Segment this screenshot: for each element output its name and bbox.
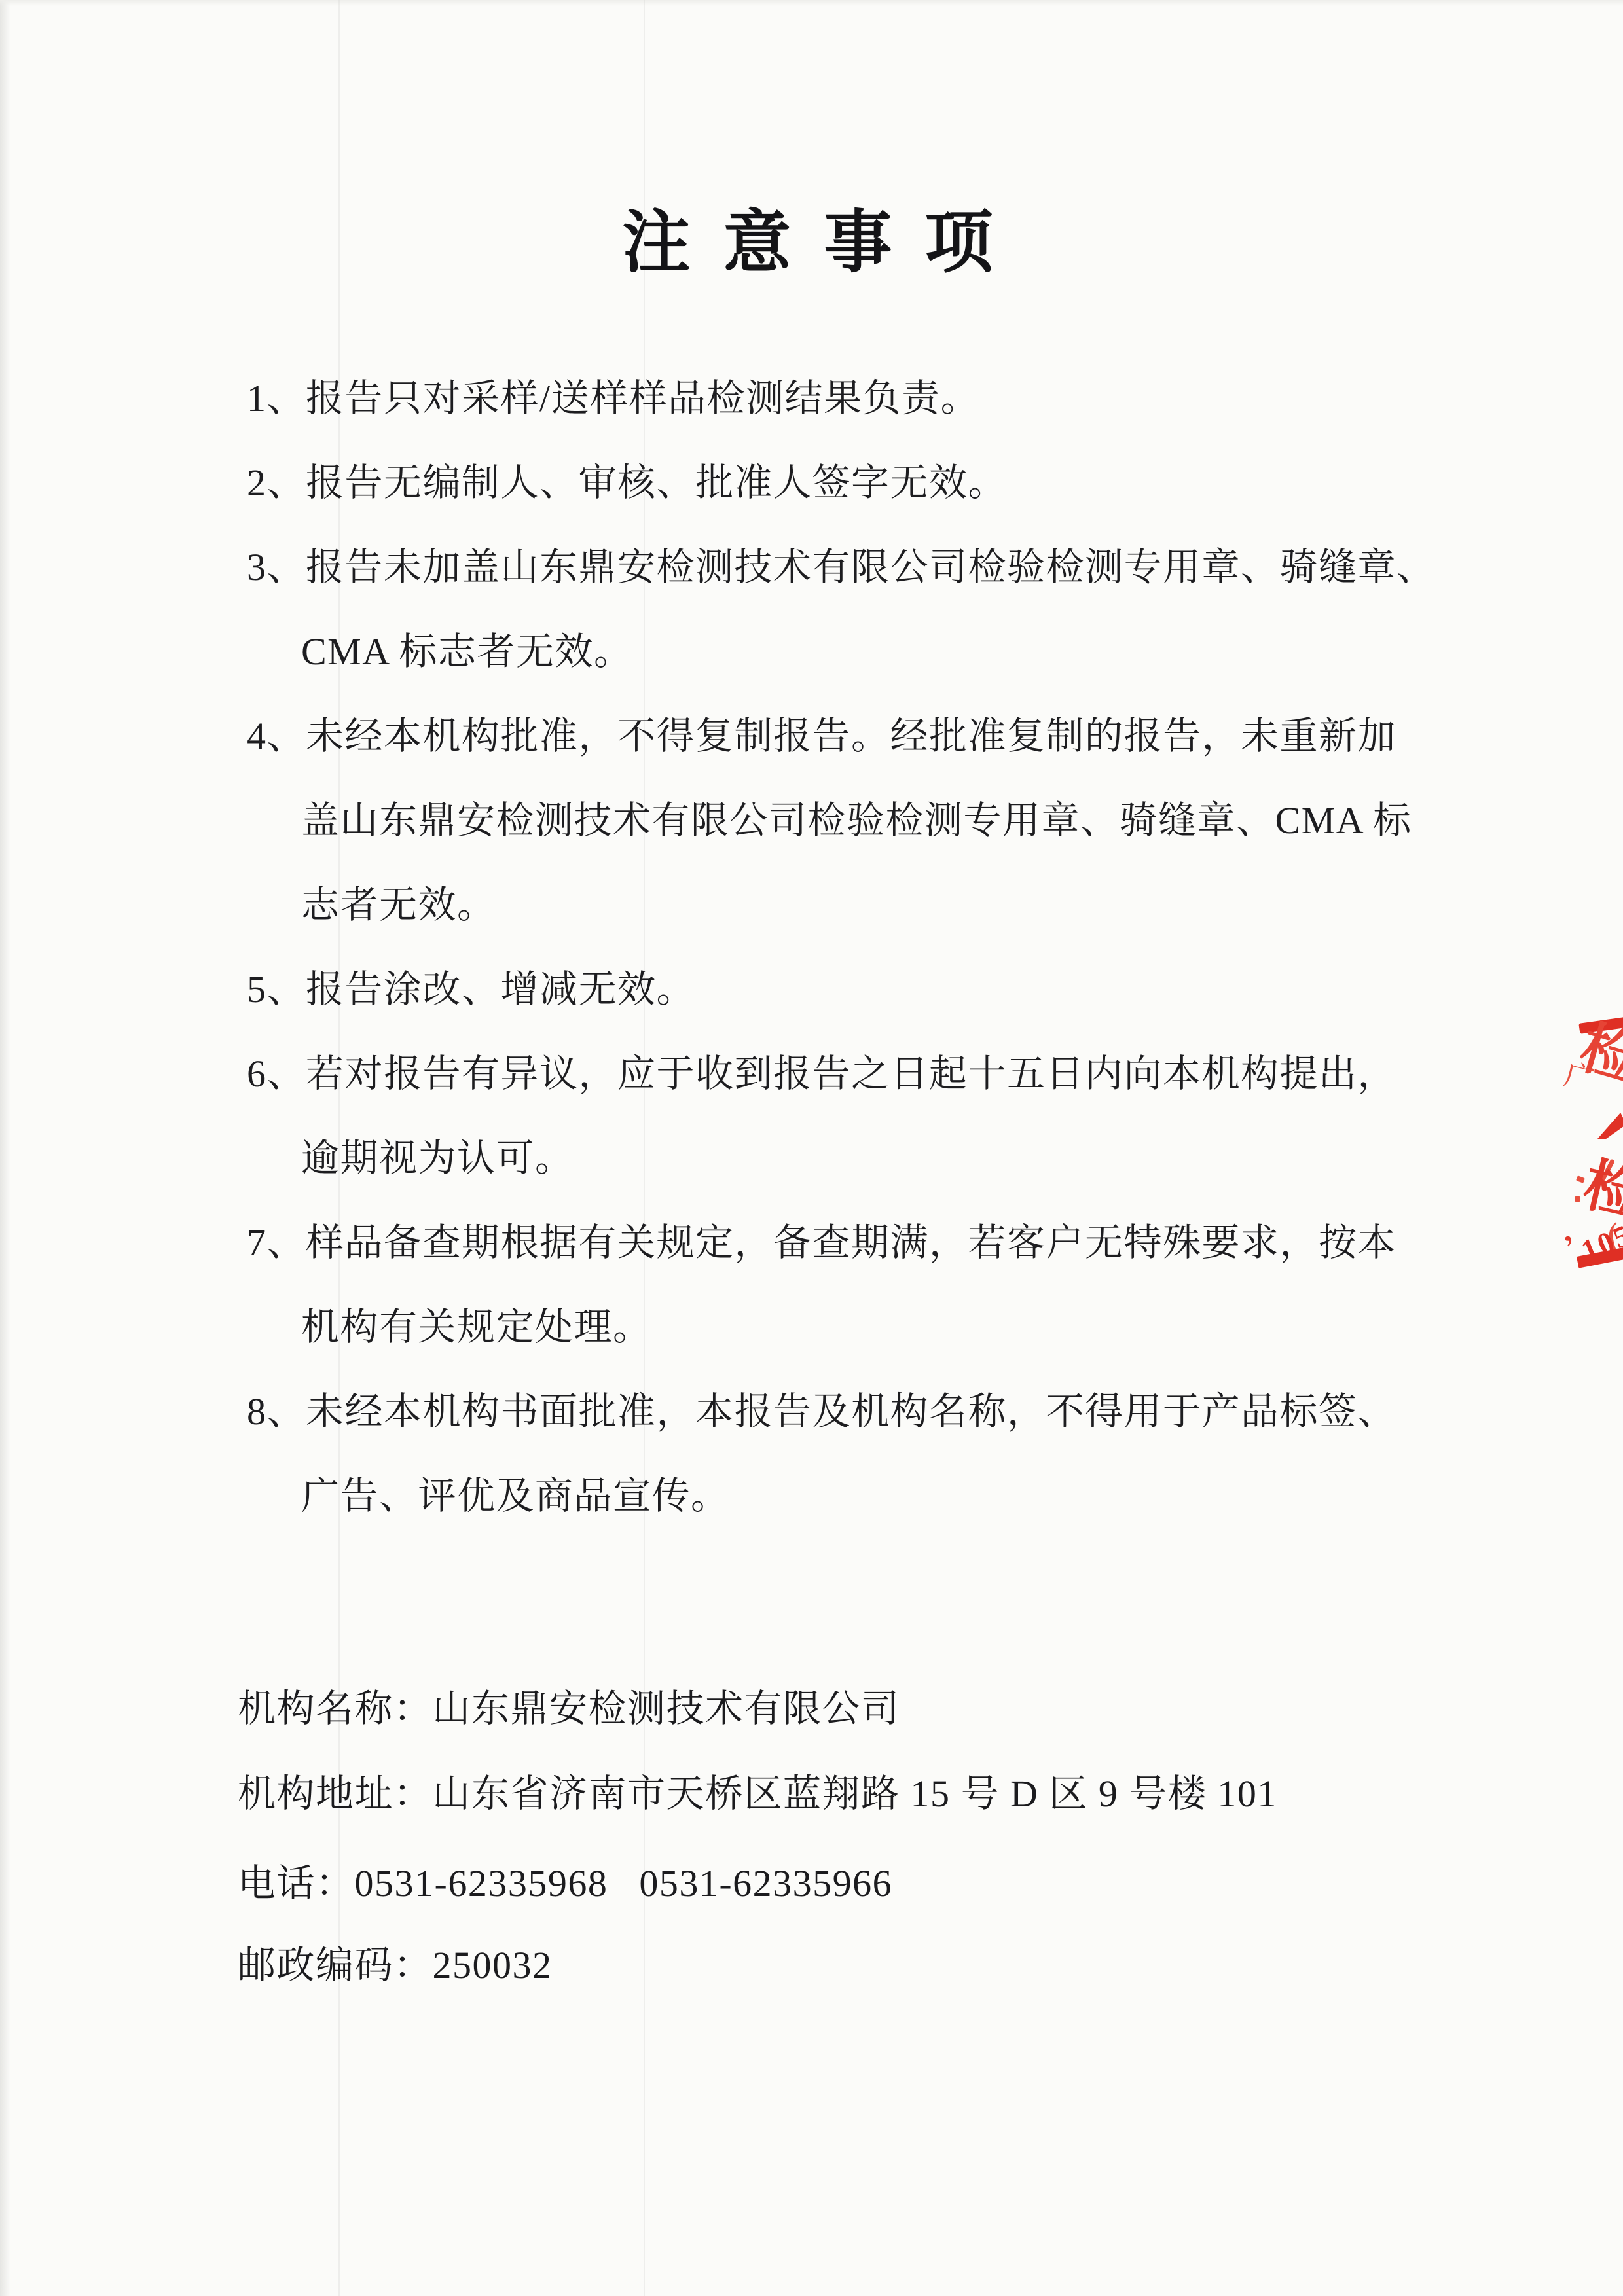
org-address-value: 山东省济南市天桥区蓝翔路 15 号 D 区 9 号楼 101 <box>433 1772 1277 1815</box>
notice-line-3: 3、报告未加盖山东鼎安检测技术有限公司检验检测专用章、骑缝章、 <box>247 548 1436 586</box>
notice-line-3-cont: CMA 标志者无效。 <box>301 633 632 671</box>
org-address-line: 机构地址：山东省济南市天桥区蓝翔路 15 号 D 区 9 号楼 101 <box>238 1775 1277 1813</box>
scan-artifact-line <box>644 0 645 2296</box>
org-name-label: 机构名称： <box>238 1687 433 1730</box>
org-address-label: 机构地址： <box>238 1772 433 1815</box>
notice-line-1: 1、报告只对采样/送样样品检测结果负责。 <box>247 380 979 418</box>
notice-line-4-cont: 盖山东鼎安检测技术有限公司检验检测专用章、骑缝章、CMA 标 <box>301 802 1412 840</box>
postal-code-label: 邮政编码： <box>238 1944 433 1986</box>
red-seam-stamp-partial: 检 广 检 ( ’ 105 <box>1558 1000 1623 1282</box>
notice-line-6-cont: 逾期视为认可。 <box>301 1139 574 1177</box>
scanned-notice-page: 注 意 事 项 1、报告只对采样/送样样品检测结果负责。 2、报告无编制人、审核… <box>0 0 1623 2296</box>
phone-value-2: 0531-62335966 <box>639 1862 892 1905</box>
org-name-value: 山东鼎安检测技术有限公司 <box>433 1687 900 1730</box>
notice-line-4-cont2: 志者无效。 <box>301 886 496 924</box>
notice-line-7: 7、样品备查期根据有关规定，备查期满，若客户无特殊要求，按本 <box>247 1224 1396 1262</box>
org-name-line: 机构名称：山东鼎安检测技术有限公司 <box>238 1690 900 1728</box>
scan-edge-shade-left <box>0 0 10 2296</box>
notice-line-8-cont: 广告、评优及商品宣传。 <box>301 1477 730 1515</box>
stamp-stroke-dash <box>1576 1175 1585 1183</box>
postal-code-line: 邮政编码：250032 <box>238 1946 553 1984</box>
page-title: 注 意 事 项 <box>0 187 1623 285</box>
notice-line-7-cont: 机构有关规定处理。 <box>301 1308 652 1346</box>
notice-line-4: 4、未经本机构批准，不得复制报告。经批准复制的报告，未重新加 <box>247 717 1396 755</box>
stamp-character-fragment: 广 <box>1561 1060 1597 1096</box>
stamp-stroke-dash <box>1575 1196 1580 1202</box>
postal-code-value: 250032 <box>433 1944 553 1986</box>
phone-label: 电话： <box>238 1862 355 1905</box>
notice-line-5: 5、报告涂改、增减无效。 <box>247 971 695 1009</box>
notice-line-6: 6、若对报告有异议，应于收到报告之日起十五日内向本机构提出， <box>247 1055 1396 1093</box>
scan-edge-shade-top <box>0 0 1623 6</box>
notice-line-2: 2、报告无编制人、审核、批准人签字无效。 <box>247 464 1007 502</box>
phone-value-1: 0531-62335968 <box>355 1862 608 1905</box>
phone-line: 电话：0531-623359680531-62335966 <box>238 1865 892 1903</box>
stamp-stroke-wedge <box>1597 1113 1623 1139</box>
notice-line-8: 8、未经本机构书面批准，本报告及机构名称，不得用于产品标签、 <box>247 1393 1396 1431</box>
